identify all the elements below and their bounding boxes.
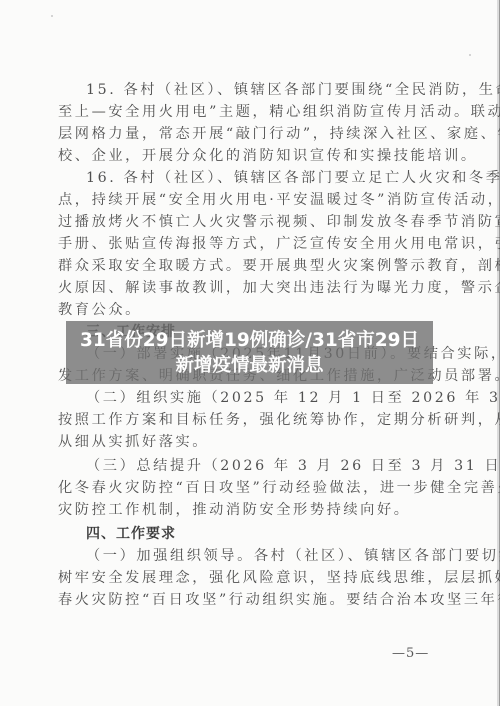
- paragraph-16-line: 教育公众。: [58, 300, 142, 320]
- paragraph-15-line: 校、企业，开展分众化的消防知识宣传和实操技能培训。: [58, 146, 478, 166]
- page-number: —5—: [392, 646, 429, 661]
- arrangement-3-line: 灾防控工作机制，推动消防安全形势持续向好。: [58, 500, 411, 520]
- arrangement-3-line: 化冬春火灾防控“百日攻坚”行动经验做法，进一步健全完善火: [58, 478, 500, 498]
- paragraph-15-line: 15. 各村（社区）、镇辖区各部门要围绕“全民消防，生命: [86, 80, 500, 100]
- paragraph-16-line: 手册、张贴宣传海报等方式，广泛宣传安全用火用电常识，引导: [58, 234, 500, 254]
- paragraph-15-line: 至上—安全用火用电”主题，精心组织消防宣传月活动。联动基: [58, 102, 500, 122]
- requirement-1-line: 树牢安全发展理念，强化风险意识，坚持底线思维，层层抓好冬: [58, 568, 500, 588]
- scan-speck: [51, 15, 53, 17]
- section-heading-4: 四、工作要求: [86, 524, 176, 544]
- paragraph-16-line: 群众采取安全取暖方式。要开展典型火灾案例警示教育，剖析起: [58, 256, 500, 276]
- paragraph-15-line: 层网格力量，常态开展“敲门行动”，持续深入社区、家庭、学: [58, 124, 500, 144]
- headline-title[interactable]: 31省份29日新增19例确诊/31省市29日新增疫情最新消息: [77, 328, 422, 378]
- arrangement-2-line: 按照工作方案和目标任务，强化统筹协作，定期分析研判，从严: [58, 410, 500, 430]
- arrangement-2-line: 从细从实抓好落实。: [58, 432, 209, 452]
- requirement-1-line: （一）加强组织领导。各村（社区）、镇辖区各部门要切实: [86, 546, 500, 566]
- requirement-1-line: 春火灾防控“百日攻坚”行动组织实施。要结合治本攻坚三年行: [58, 590, 500, 610]
- paragraph-16-line: 16. 各村（社区）、镇辖区各部门要立足亡人火灾和冬季特: [86, 168, 500, 188]
- arrangement-2-line: （二）组织实施（2025 年 12 月 1 日至 2026 年 3 月 25 日…: [86, 388, 500, 408]
- headline-overlay[interactable]: 31省份29日新增19例确诊/31省市29日新增疫情最新消息: [66, 321, 433, 384]
- scan-speck: [469, 54, 471, 56]
- paragraph-16-line: 火原因、解读事故教训，加大突出违法行为曝光力度，警示企业、: [58, 278, 500, 298]
- paragraph-16-line: 点，持续开展“安全用火用电·平安温暖过冬”消防宣传活动，通: [58, 190, 500, 210]
- arrangement-3-line: （三）总结提升（2026 年 3 月 26 日至 3 月 31 日）。总结固: [86, 456, 500, 476]
- paragraph-16-line: 过播放烤火不慎亡人火灾警示视频、印制发放冬春季节消防宣传: [58, 212, 500, 232]
